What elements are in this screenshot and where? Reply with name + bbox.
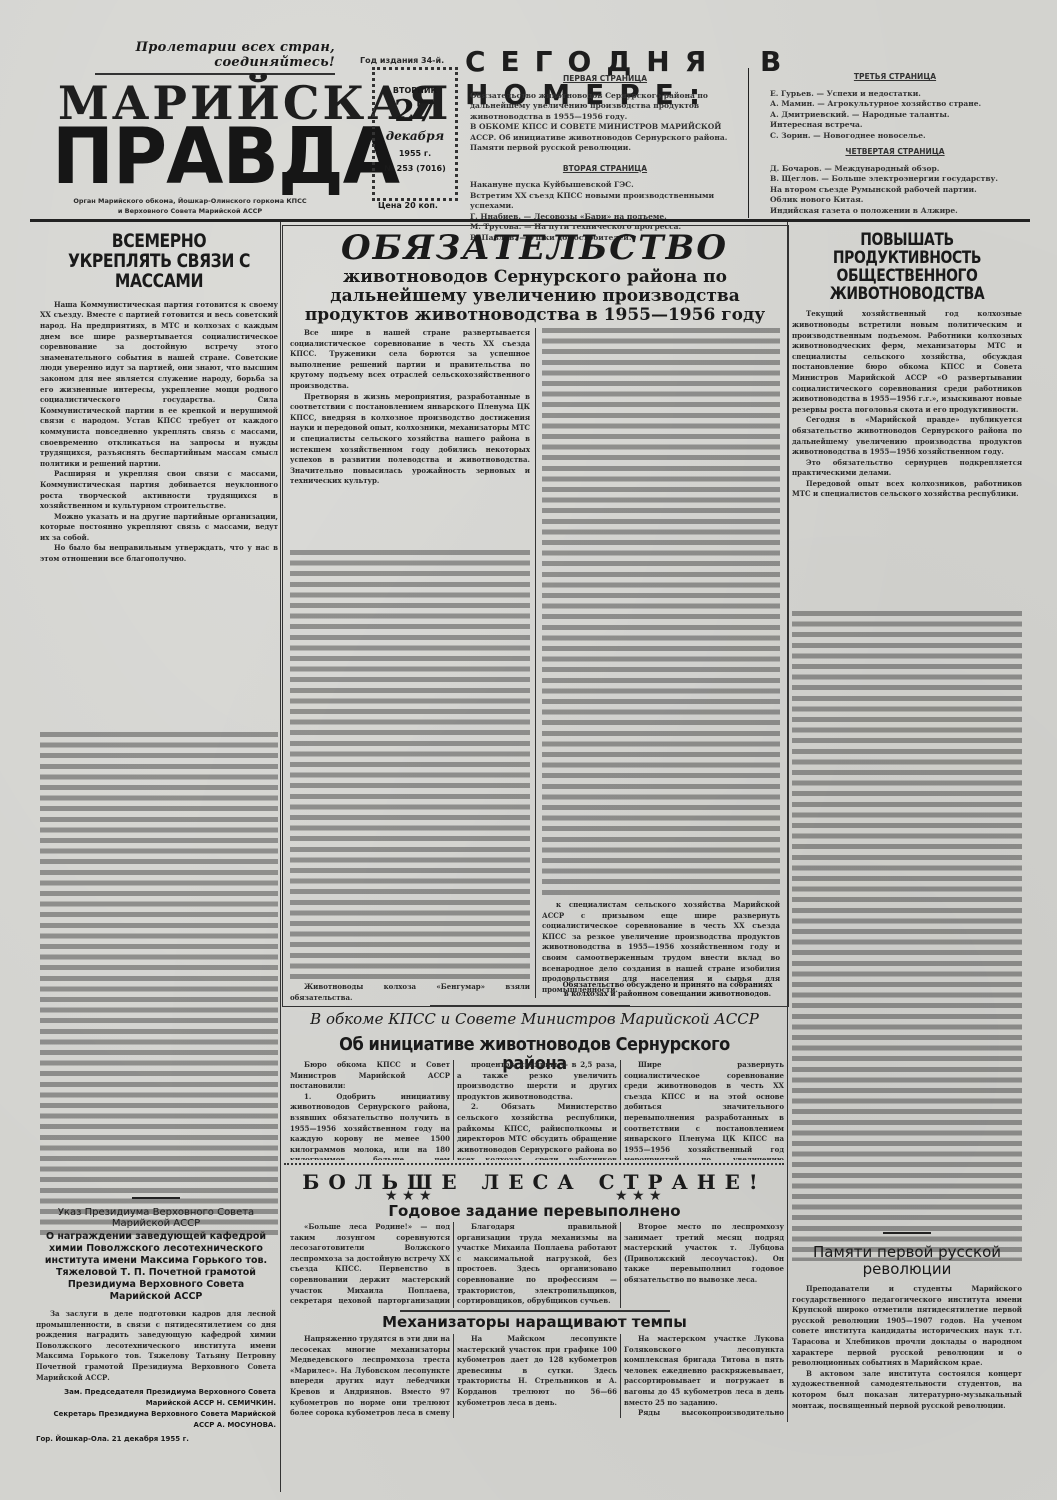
toc-item[interactable]: Д. Бочаров. — Международный обзор. bbox=[770, 164, 1020, 175]
toc-item[interactable]: Интересная встреча. bbox=[770, 120, 1020, 131]
obkom-col1: Бюро обкома КПСС и Совет Министров Марий… bbox=[290, 1060, 450, 1160]
issue-number: № 253 (7016) bbox=[375, 164, 455, 173]
price: Цена 20 коп. bbox=[378, 201, 438, 210]
obkom-heading: В обкоме КПСС и Совете Министров Марийск… bbox=[282, 1010, 787, 1028]
divider bbox=[132, 1197, 180, 1199]
divider bbox=[400, 1310, 670, 1312]
toc-page-title: ТРЕТЬЯ СТРАНИЦА bbox=[770, 72, 1020, 83]
paragraph: Текущий хозяйственный год колхозные живо… bbox=[792, 309, 1022, 415]
year: 1955 г. bbox=[375, 149, 455, 158]
paragraph: Преподаватели и студенты Марийского госу… bbox=[792, 1284, 1022, 1369]
toc-item[interactable]: Обязательство животноводов Сернурского р… bbox=[470, 91, 740, 123]
toc-page-title: ЧЕТВЕРТАЯ СТРАНИЦА bbox=[770, 147, 1020, 158]
month: декабря bbox=[375, 129, 455, 143]
editorial-right: ПОВЫШАТЬ ПРОДУКТИВНОСТЬ ОБЩЕСТВЕННОГО ЖИ… bbox=[792, 232, 1022, 1261]
column-rule bbox=[787, 222, 788, 1422]
ukaz-place-date: Гор. Йошкар-Ола. 21 декабря 1955 г. bbox=[36, 1435, 276, 1443]
publisher-line-2: и Верховного Совета Марийской АССР bbox=[40, 206, 340, 216]
paragraph: Второе место по леспромхозу занимает тре… bbox=[624, 1222, 784, 1286]
publisher-line: Орган Марийского обкома, Йошкар-Олинског… bbox=[40, 196, 340, 216]
column-rule bbox=[620, 1222, 621, 1308]
paragraph: Животноводы колхоза «Бенгумар» взяли обя… bbox=[290, 982, 530, 1003]
toc-item[interactable]: Встретим XX съезд КПСС новыми производст… bbox=[470, 191, 740, 212]
forest-banner: БОЛЬШЕ ЛЕСА СТРАНЕ! bbox=[282, 1170, 787, 1194]
ukaz: Указ Президиума Верховного Совета Марийс… bbox=[36, 1197, 276, 1443]
forest-article2-col2: На Майском лесопункте мастерский участок… bbox=[457, 1334, 617, 1418]
paragraph: За заслуги в деле подготовки кадров для … bbox=[36, 1309, 276, 1383]
paragraph: На Майском лесопункте мастерский участок… bbox=[457, 1334, 617, 1408]
main-article-col1-end: Животноводы колхоза «Бенгумар» взяли обя… bbox=[290, 982, 530, 1003]
column-rule bbox=[280, 222, 281, 1492]
paragraph: Благодаря правильной организации труда м… bbox=[457, 1222, 617, 1307]
year-of-issue: Год издания 34-й. bbox=[360, 56, 444, 65]
paragraph: Но было бы неправильным утверждать, что … bbox=[40, 543, 278, 564]
main-article-col1-continued bbox=[290, 550, 530, 980]
toc-item[interactable]: А. Дмитриевский. — Народные таланты. bbox=[770, 110, 1020, 121]
newspaper-title-line2: ПРАВДА bbox=[52, 118, 337, 196]
column-rule bbox=[453, 1060, 454, 1160]
main-article-col2 bbox=[542, 328, 780, 898]
ukaz-heading-1: Указ Президиума Верховного Совета bbox=[36, 1207, 276, 1218]
ukaz-title: О награждении заведующей кафедрой химии … bbox=[36, 1231, 276, 1303]
toc-item[interactable]: Е. Гурьев. — Успехи и недостатки. bbox=[770, 89, 1020, 100]
obkom-col2: процентов, свинины — в 2,5 раза, а также… bbox=[457, 1060, 617, 1160]
paragraph: Можно указать и на другие партийные орга… bbox=[40, 512, 278, 544]
paragraph: 2. Обязать Министерство сельского хозяйс… bbox=[457, 1102, 617, 1160]
editorial-right-headline: ПОВЫШАТЬ ПРОДУКТИВНОСТЬ ОБЩЕСТВЕННОГО ЖИ… bbox=[813, 232, 1002, 303]
main-article-col1: Все шире в нашей стране развертывается с… bbox=[290, 328, 530, 548]
paragraph: Претворяя в жизнь мероприятия, разработа… bbox=[290, 392, 530, 487]
revolution-note-headline: Памяти первой русской революции bbox=[792, 1244, 1022, 1278]
column-rule bbox=[620, 1334, 621, 1418]
column-rule bbox=[453, 1222, 454, 1308]
toc-item[interactable]: Накануне пуска Куйбышевской ГЭС. bbox=[470, 180, 740, 191]
toc-item[interactable]: В ОБКОМЕ КПСС И СОВЕТЕ МИНИСТРОВ МАРИЙСК… bbox=[470, 122, 740, 143]
paragraph: «Больше леса Родине!» — под таким лозунг… bbox=[290, 1222, 450, 1308]
toc-page-title: ВТОРАЯ СТРАНИЦА bbox=[470, 164, 740, 175]
obkom-col3: Шире развернуть социалистическое соревно… bbox=[624, 1060, 784, 1160]
paragraph: Передовой опыт всех колхозников, работни… bbox=[792, 479, 1022, 500]
slogan: Пролетарии всех стран, соединяйтесь! bbox=[95, 40, 335, 75]
toc-left: ПЕРВАЯ СТРАНИЦА Обязательство животновод… bbox=[470, 70, 740, 243]
toc-item[interactable]: С. Зорин. — Новогоднее новоселье. bbox=[770, 131, 1020, 142]
signature: Секретарь Президиума Верховного Совета М… bbox=[36, 1409, 276, 1431]
editorial-right-body-continued bbox=[792, 611, 1022, 1261]
paragraph: Наша Коммунистическая партия готовится к… bbox=[40, 300, 278, 470]
editorial-left-body-continued bbox=[40, 732, 278, 1237]
revolution-note: Памяти первой русской революции Преподав… bbox=[792, 1232, 1022, 1411]
forest-article1-headline: Годовое задание перевыполнено bbox=[282, 1202, 787, 1220]
toc-item[interactable]: Облик нового Китая. bbox=[770, 195, 1020, 206]
ukaz-signatures: Зам. Председателя Президиума Верховного … bbox=[36, 1387, 276, 1431]
forest-article1-col2: Благодаря правильной организации труда м… bbox=[457, 1222, 617, 1308]
paragraph: Напряженно трудятся в эти дни на лесосек… bbox=[290, 1334, 450, 1418]
paragraph: На мастерском участке Лукова Голяковског… bbox=[624, 1334, 784, 1408]
forest-article1-col1: «Больше леса Родине!» — под таким лозунг… bbox=[290, 1222, 450, 1308]
toc-item[interactable]: Индийская газета о положении в Алжире. bbox=[770, 206, 1020, 217]
column-rule bbox=[620, 1060, 621, 1160]
forest-article2-col3: На мастерском участке Лукова Голяковског… bbox=[624, 1334, 784, 1418]
toc-separator bbox=[748, 68, 749, 218]
masthead-bottom-rule bbox=[30, 219, 1030, 222]
divider bbox=[883, 1232, 931, 1234]
paragraph: В актовом зале института состоялся конце… bbox=[792, 1369, 1022, 1411]
toc-page-title: ПЕРВАЯ СТРАНИЦА bbox=[470, 74, 740, 85]
editorial-left-headline: ВСЕМЕРНО УКРЕПЛЯТЬ СВЯЗИ С МАССАМИ bbox=[61, 232, 256, 292]
revolution-note-body: Преподаватели и студенты Марийского госу… bbox=[792, 1284, 1022, 1411]
column-rule bbox=[453, 1334, 454, 1418]
ukaz-heading-2: Марийской АССР bbox=[36, 1218, 276, 1229]
paragraph: 1. Одобрить инициативу животноводов Серн… bbox=[290, 1092, 450, 1160]
editorial-left-body: Наша Коммунистическая партия готовится к… bbox=[40, 300, 278, 730]
paragraph: Бюро обкома КПСС и Совет Министров Марий… bbox=[290, 1060, 450, 1092]
toc-right: ТРЕТЬЯ СТРАНИЦА Е. Гурьев. — Успехи и не… bbox=[770, 68, 1020, 216]
paragraph: Расширяя и укрепляя свои связи с массами… bbox=[40, 469, 278, 511]
paragraph: Это обязательство сернурцев подкрепляетс… bbox=[792, 458, 1022, 479]
forest-article2-col1: Напряженно трудятся в эти дни на лесосек… bbox=[290, 1334, 450, 1418]
toc-item[interactable]: Памяти первой русской революции. bbox=[470, 143, 740, 154]
main-article-subtitle: животноводов Сернурского района по дальн… bbox=[300, 268, 770, 325]
ukaz-body: За заслуги в деле подготовки кадров для … bbox=[36, 1309, 276, 1383]
paragraph: Шире развернуть социалистическое соревно… bbox=[624, 1060, 784, 1160]
main-article-note: Обязательство обсуждено и принято на соб… bbox=[560, 980, 775, 998]
toc-item[interactable]: А. Мамин. — Агрокультурное хозяйство стр… bbox=[770, 99, 1020, 110]
forest-article2-headline: Механизаторы наращивают темпы bbox=[282, 1313, 787, 1331]
forest-article1-col3: Второе место по леспромхозу занимает тре… bbox=[624, 1222, 784, 1308]
main-article-title: ОБЯЗАТЕЛЬСТВО bbox=[282, 228, 787, 268]
editorial-right-body: Текущий хозяйственный год колхозные живо… bbox=[792, 309, 1022, 609]
toc-item[interactable]: На втором съезде Румынской рабочей парти… bbox=[770, 185, 1020, 196]
paragraph: Все шире в нашей стране развертывается с… bbox=[290, 328, 530, 392]
issue-date-box: ВТОРНИК 27 декабря 1955 г. № 253 (7016) bbox=[372, 67, 458, 201]
toc-item[interactable]: В. Щеглов. — Больше электроэнергии госуд… bbox=[770, 174, 1020, 185]
paragraph: процентов, свинины — в 2,5 раза, а также… bbox=[457, 1060, 617, 1102]
paragraph: Ряды высокопроизводительно лесозаготовщи… bbox=[624, 1408, 784, 1418]
publisher-line-1: Орган Марийского обкома, Йошкар-Олинског… bbox=[40, 196, 340, 206]
column-rule bbox=[535, 328, 536, 998]
divider bbox=[430, 1005, 630, 1007]
paragraph: Сегодня в «Марийской правде» публикуется… bbox=[792, 415, 1022, 457]
signature: Зам. Председателя Президиума Верховного … bbox=[36, 1387, 276, 1409]
wavy-divider bbox=[284, 1163, 784, 1165]
day: 27 bbox=[375, 95, 455, 129]
newspaper-page: Пролетарии всех стран, соединяйтесь! МАР… bbox=[0, 0, 1057, 1500]
editorial-left: ВСЕМЕРНО УКРЕПЛЯТЬ СВЯЗИ С МАССАМИ Наша … bbox=[40, 232, 278, 1237]
